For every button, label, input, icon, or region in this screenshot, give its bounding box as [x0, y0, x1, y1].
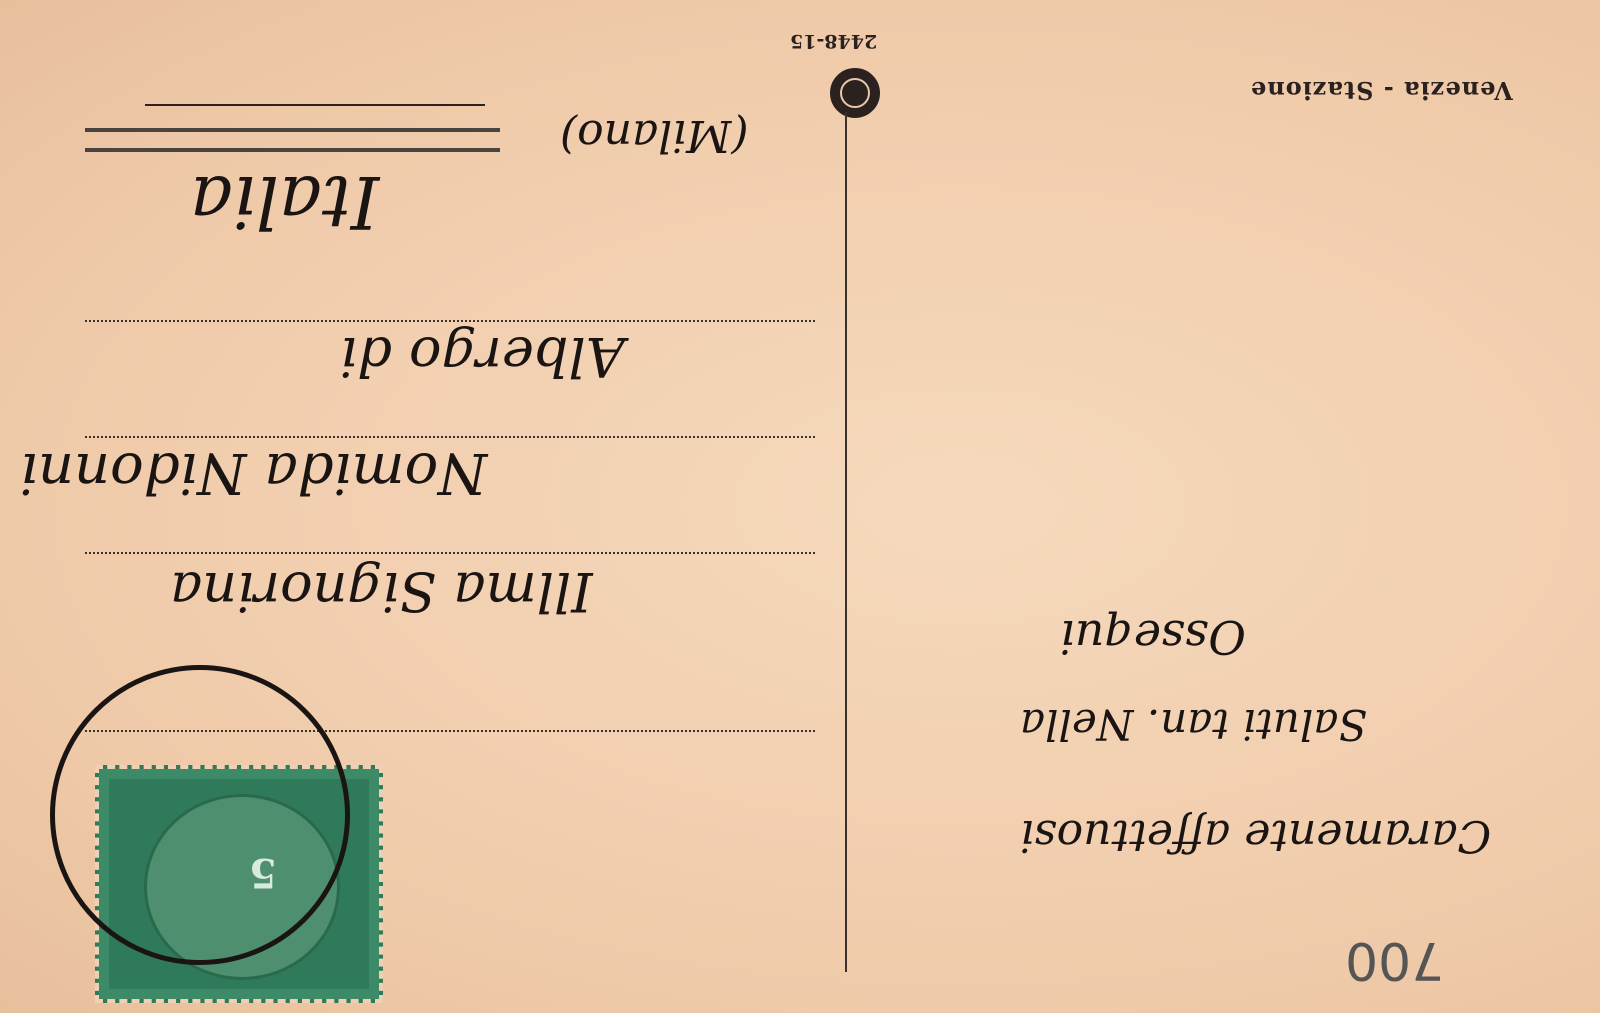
- address-line: [85, 552, 815, 554]
- address-line: [85, 128, 500, 132]
- postmark-cancel: [50, 665, 350, 965]
- catalog-number: 2448-15: [790, 30, 877, 52]
- address-recipient-name: Nomida Nidonni: [20, 440, 487, 505]
- message-line: Caramente affettuosi: [1020, 810, 1491, 861]
- address-line: [85, 148, 500, 152]
- publisher-logo-icon: [830, 68, 880, 118]
- address-line: [85, 436, 815, 438]
- message-line: Saluti tan. Nella: [1020, 700, 1367, 749]
- divider-line: [845, 112, 847, 972]
- postcard-caption: Venezia - Stazione: [1250, 76, 1513, 105]
- address-city: (Milano): [560, 110, 749, 161]
- address-line: [85, 320, 815, 322]
- message-signature: Ossequi: [1060, 610, 1246, 664]
- pencil-note: 700: [1345, 930, 1444, 990]
- address-recipient-title: Illma Signorina: [170, 560, 593, 623]
- address-place: Albergo di: [340, 325, 625, 388]
- address-line: [145, 104, 485, 106]
- address-country: Italia: [190, 160, 379, 244]
